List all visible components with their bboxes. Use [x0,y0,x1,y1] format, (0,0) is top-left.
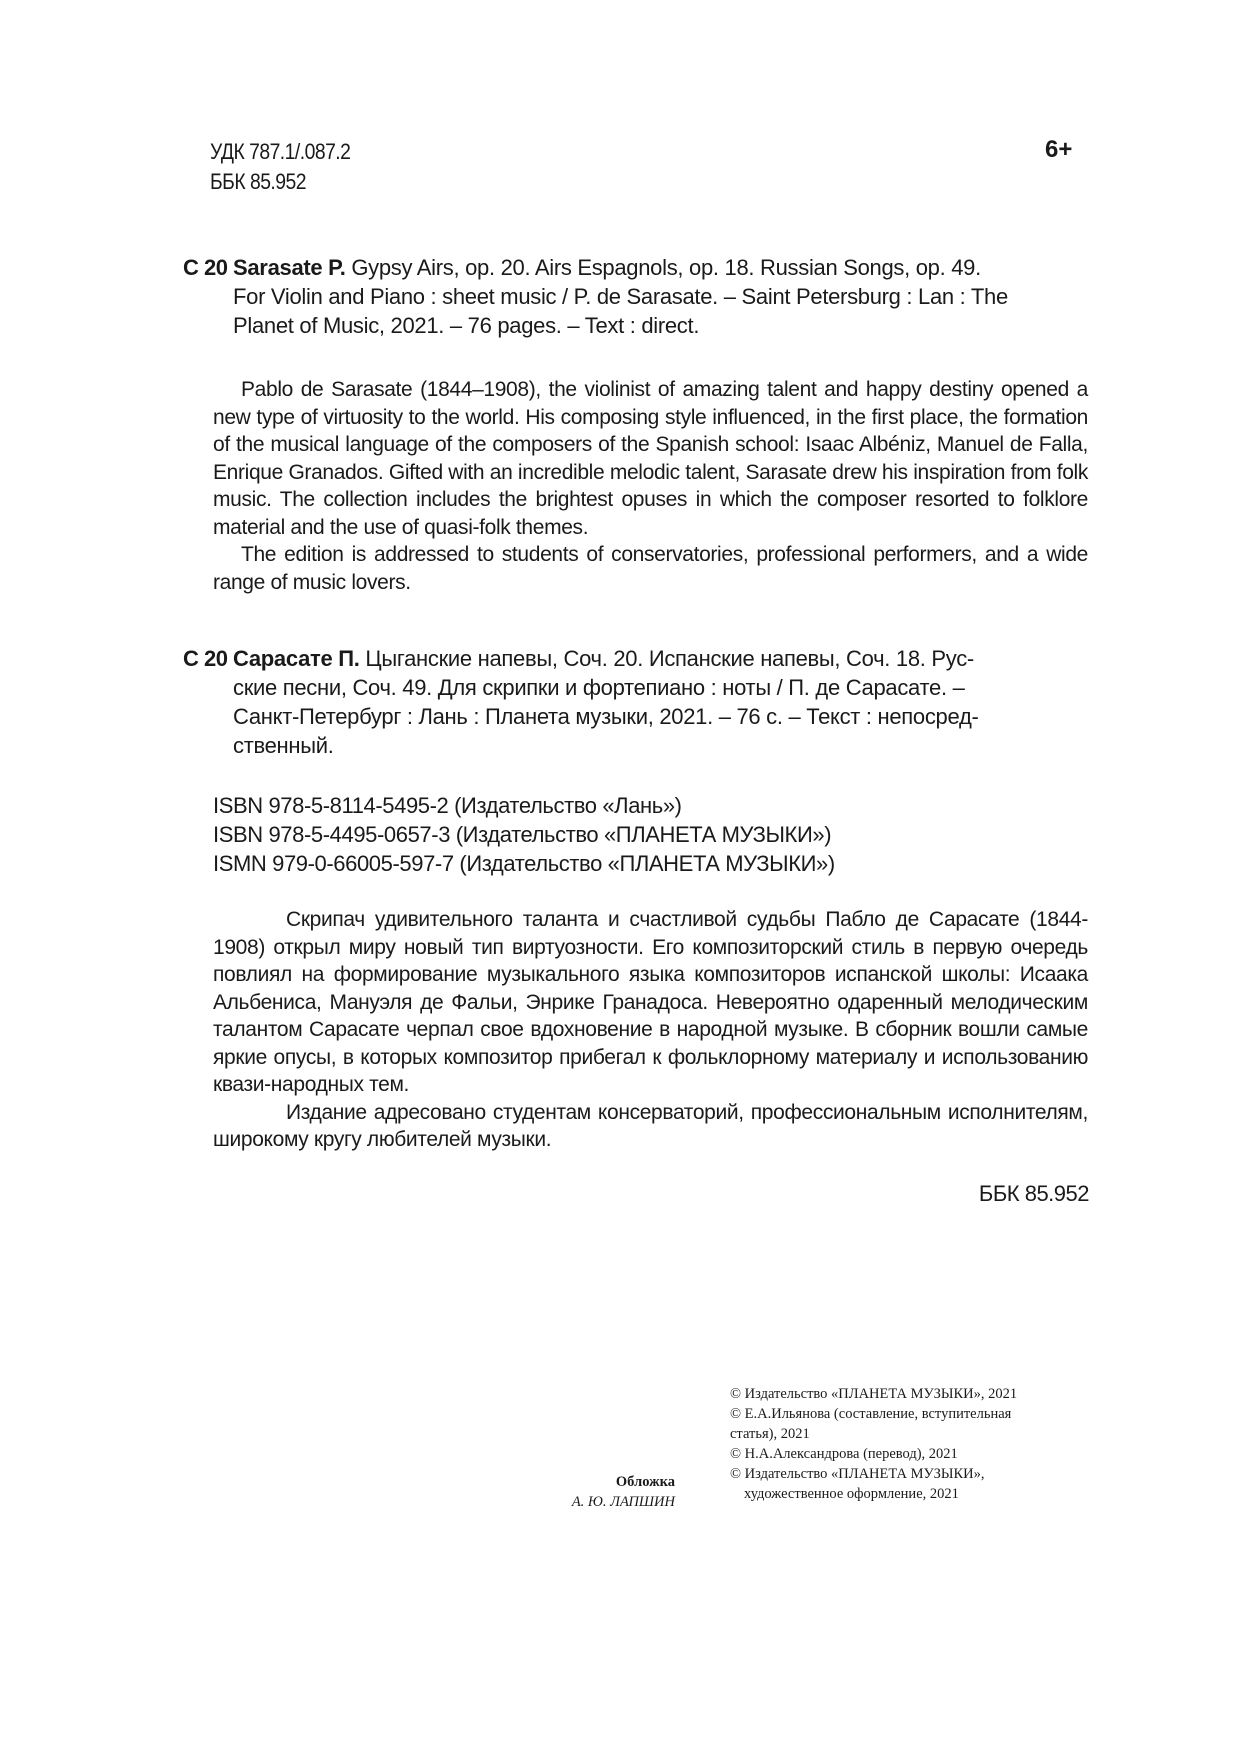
identifier-list: ISBN 978-5-8114-5495-2 (Издательство «Ла… [213,791,835,878]
abstract-paragraph: Издание адресовано студентам консерватор… [213,1099,1088,1154]
bibliographic-entry-ru: С 20 Сарасате П. Цыганские напевы, Соч. … [183,644,1088,760]
copyright-line: художественное оформление, 2021 [730,1484,1017,1504]
title-line-1: Цыганские напевы, Соч. 20. Испанские нап… [360,646,974,671]
age-rating: 6+ [1045,136,1072,164]
copyright-block: © Издательство «ПЛАНЕТА МУЗЫКИ», 2021 © … [730,1384,1017,1504]
isbn-lan: ISBN 978-5-8114-5495-2 (Издательство «Ла… [213,791,835,820]
abstract-en: Pablo de Sarasate (1844–1908), the violi… [213,376,1088,596]
isbn-planet: ISBN 978-5-4495-0657-3 (Издательство «ПЛ… [213,820,835,849]
catalog-code: С 20 [183,253,227,282]
copyright-line: © Е.А.Ильянова (составление, вступительн… [730,1404,1017,1424]
abstract-paragraph: Скрипач удивительного таланта и счастлив… [213,906,1088,1099]
catalog-code: С 20 [183,644,227,673]
cover-credit: Обложка А. Ю. ЛАПШИН [540,1472,675,1512]
title-line-3: Санкт-Петербург : Лань : Планета музыки,… [233,702,1088,731]
bbk-code-bottom: ББК 85.952 [979,1181,1089,1207]
title-line-1: Gypsy Airs, op. 20. Airs Espagnols, op. … [346,255,981,280]
bibliographic-entry-en: С 20 Sarasate P. Gypsy Airs, op. 20. Air… [183,253,1088,340]
classification-block: УДК 787.1/.087.2 ББК 85.952 [210,137,350,197]
copyright-page: УДК 787.1/.087.2 ББК 85.952 6+ С 20 Sara… [0,0,1241,1755]
copyright-line: статья), 2021 [730,1424,1017,1444]
abstract-paragraph: Pablo de Sarasate (1844–1908), the violi… [213,376,1088,541]
bbk-code: ББК 85.952 [210,167,350,197]
abstract-ru: Скрипач удивительного таланта и счастлив… [213,906,1088,1154]
author-heading: Сарасате П. [233,646,360,671]
abstract-paragraph: The edition is addressed to students of … [213,541,1088,596]
copyright-line: © Н.А.Александрова (перевод), 2021 [730,1444,1017,1464]
cover-label: Обложка [540,1472,675,1492]
title-line-4: ственный. [233,731,1088,760]
copyright-line: © Издательство «ПЛАНЕТА МУЗЫКИ», [730,1464,1017,1484]
ismn-planet: ISMN 979-0-66005-597-7 (Издательство «ПЛ… [213,849,835,878]
title-line-3: Planet of Music, 2021. – 76 pages. – Tex… [233,311,1088,340]
author-heading: Sarasate P. [233,255,346,280]
title-line-2: ские песни, Соч. 49. Для скрипки и форте… [233,673,1088,702]
udk-code: УДК 787.1/.087.2 [210,137,350,167]
title-line-2: For Violin and Piano : sheet music / P. … [233,282,1088,311]
copyright-line: © Издательство «ПЛАНЕТА МУЗЫКИ», 2021 [730,1384,1017,1404]
cover-artist: А. Ю. ЛАПШИН [540,1492,675,1512]
